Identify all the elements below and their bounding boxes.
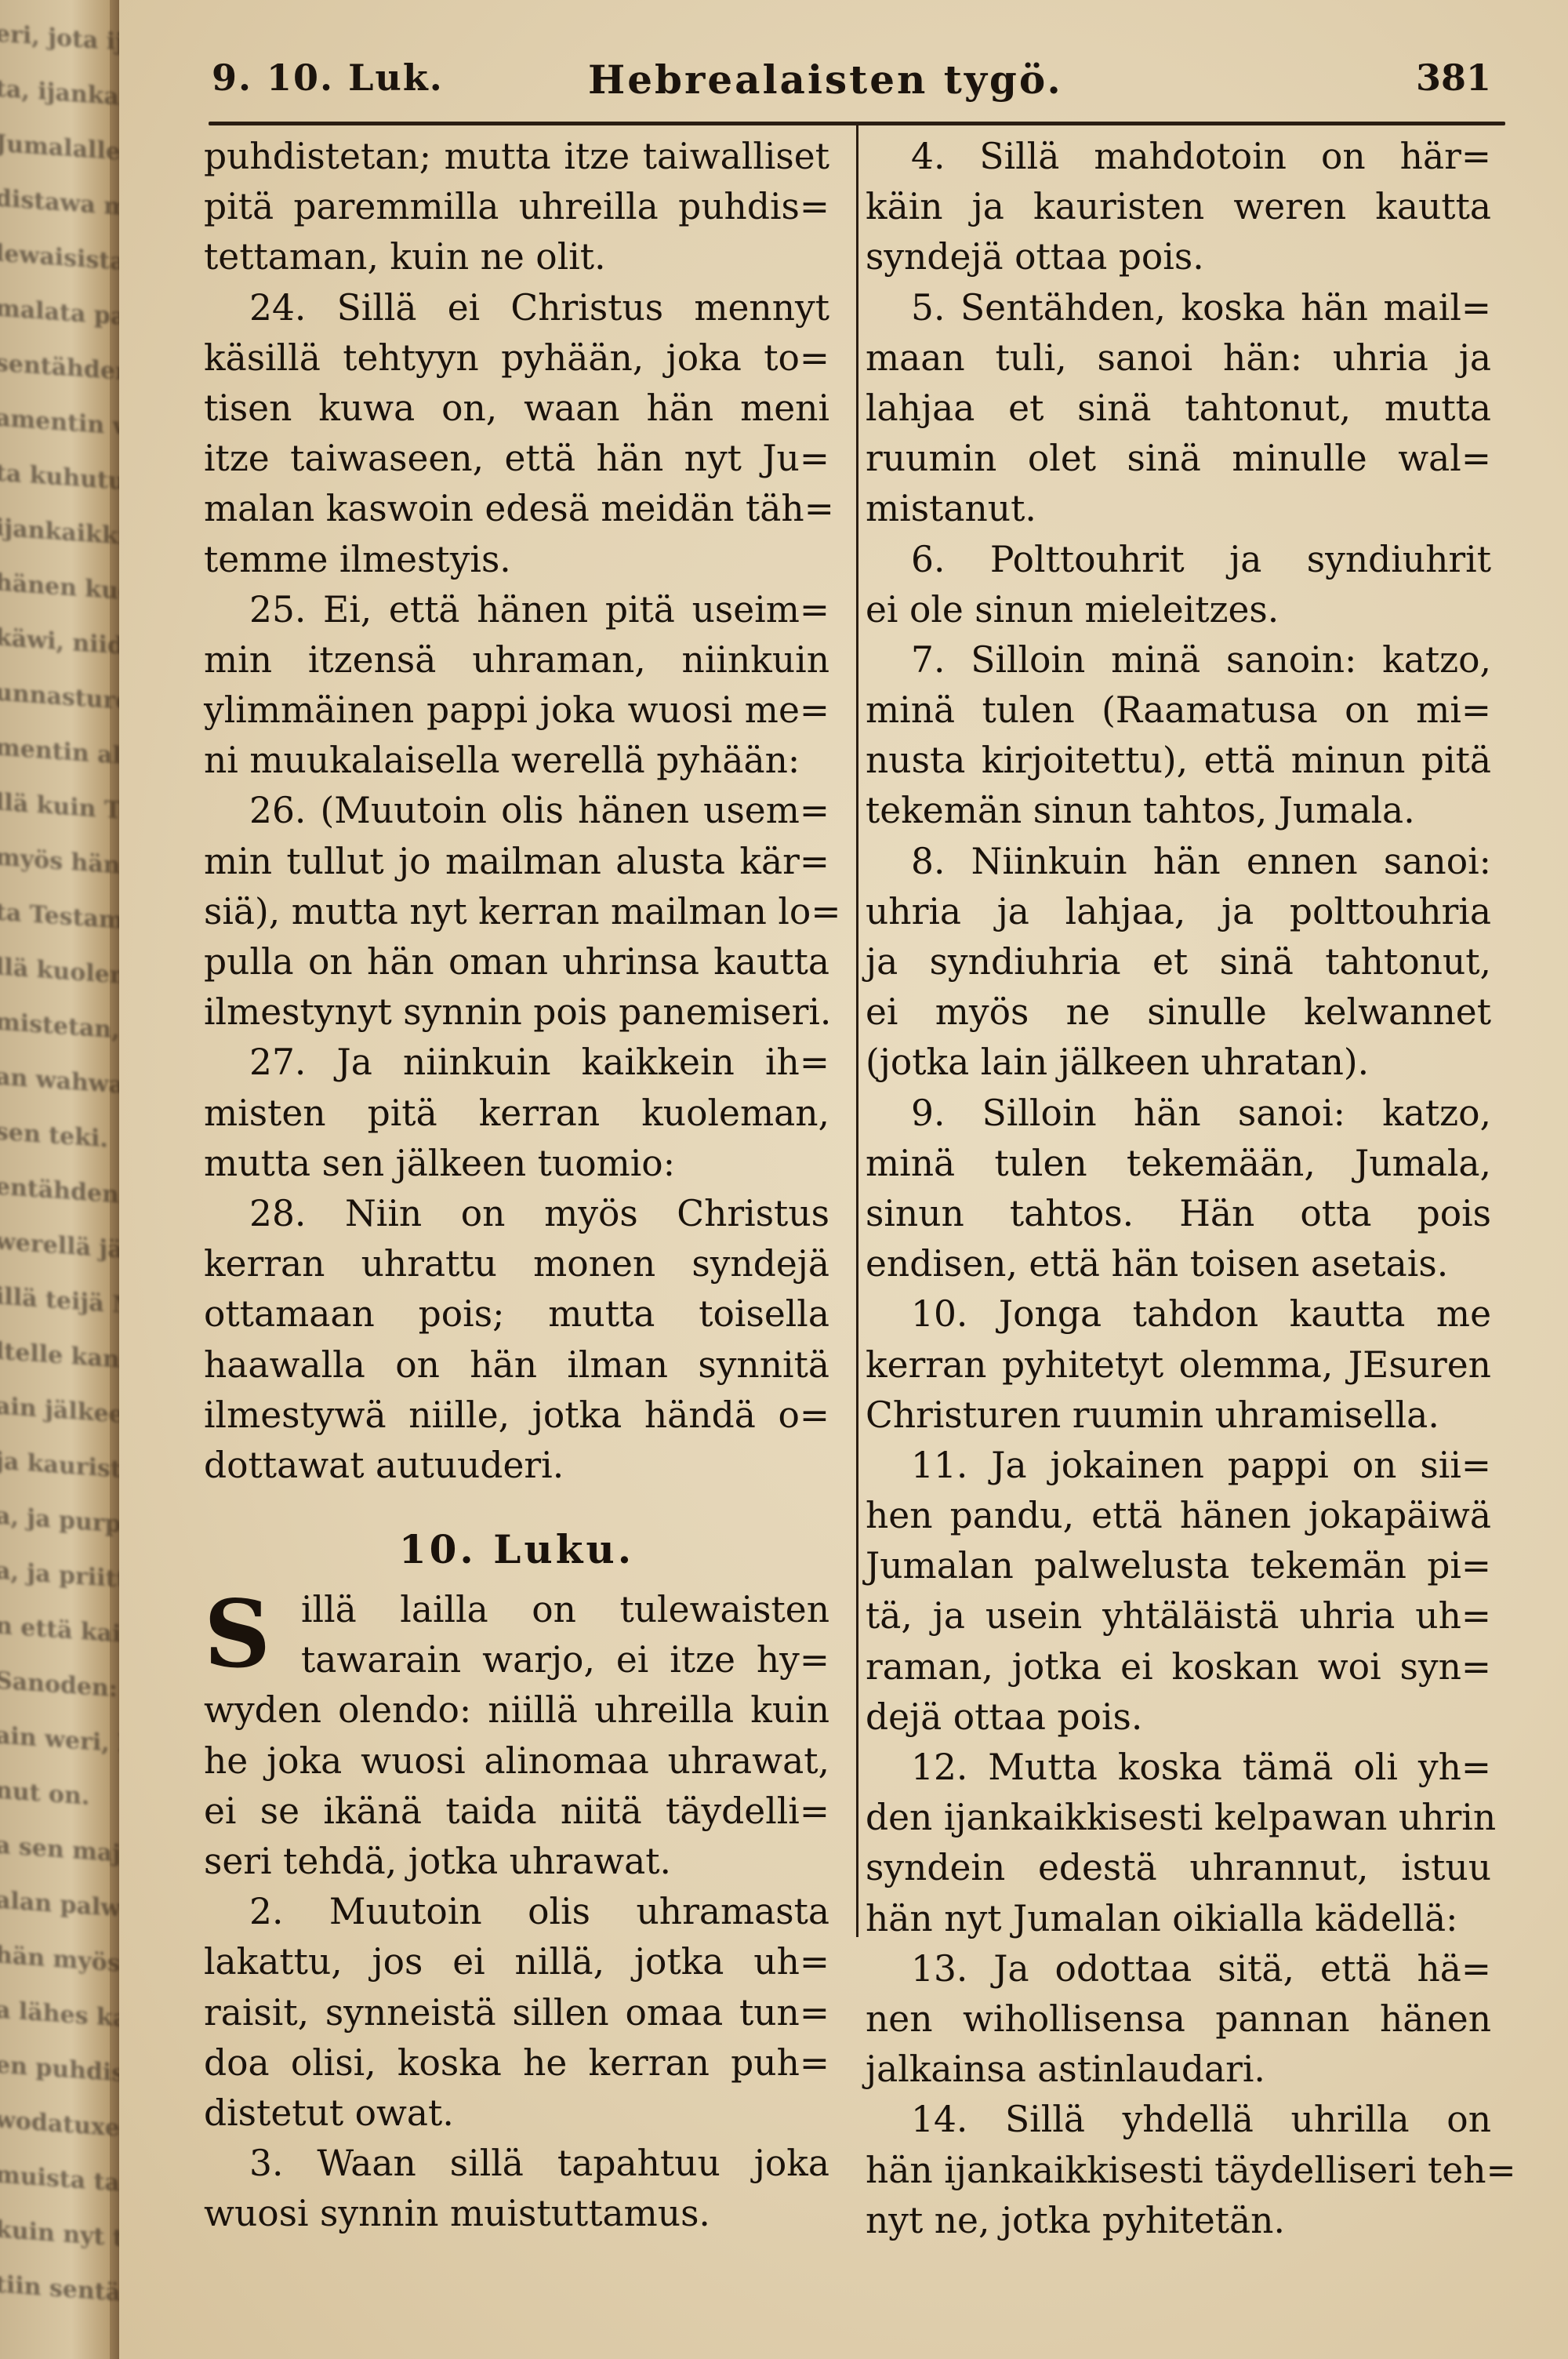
facing-page-fragment: ja kauristen we	[0, 1434, 119, 1497]
text-line: wyden olendo: niillä uhreilla kuin	[204, 1685, 829, 1736]
facing-page-fragment: a, ja purpura	[0, 1488, 119, 1552]
verse-start-line: 28. Niin on myös Christus	[204, 1189, 829, 1239]
text-line: Christuren ruumin uhramisella.	[866, 1390, 1491, 1441]
facing-page-fragment: mentin alla olit	[0, 720, 119, 783]
text-line: he joka wuosi alinomaa uhrawat,	[204, 1736, 829, 1787]
facing-page-fragment: a lähes kaikki w	[0, 1983, 119, 2046]
text-line: maan tuli, sanoi hän: uhria ja	[866, 333, 1491, 383]
verse-start-line: 25. Ei, että hänen pitä useim=	[204, 585, 829, 635]
text-line: kerran pyhitetyt olemma, JEsuren	[866, 1340, 1491, 1390]
text-line: raman, jotka ei koskan woi syn=	[866, 1642, 1491, 1692]
text-line: ruumin olet sinä minulle wal=	[866, 434, 1491, 484]
facing-page-fragment: tiin sentähden	[0, 2257, 119, 2321]
facing-page-fragment: an wahwa,	[0, 1049, 119, 1113]
text-line: syndejä ottaa pois.	[866, 232, 1491, 282]
facing-page-fragment: Jumalalle uhra	[0, 116, 119, 180]
facing-page-fragment: ltelle kansalle	[0, 1324, 119, 1387]
chapter-reference: 9. 10. Luk.	[212, 56, 444, 99]
verse-start-line: 4. Sillä mahdotoin on här=	[866, 132, 1491, 182]
facing-page-fragment: llä kuolemalla	[0, 940, 119, 1003]
facing-page-fragment: nut on.	[0, 1763, 119, 1826]
text-line: ja syndiuhria et sinä tahtonut,	[866, 937, 1491, 987]
facing-page-fragment: malata palwelemaan	[0, 281, 119, 344]
facing-page-fragment: amentin wälimie	[0, 391, 119, 454]
verse-start-line: 27. Ja niinkuin kaikkein ih=	[204, 1038, 829, 1088]
verse-start-line: 24. Sillä ei Christus mennyt	[204, 283, 829, 333]
text-line: ilmestywä niille, jotka händä o=	[204, 1390, 829, 1441]
facing-page-fragment: werellä jäöin	[0, 1214, 119, 1278]
facing-page-fragment: n että kaiken	[0, 1598, 119, 1662]
facing-page-fragment: alan palweluxen a	[0, 1873, 119, 1936]
facing-page-fragment: sen teki.	[0, 1104, 119, 1168]
book-title: Hebrealaisten tygö.	[588, 56, 1063, 103]
facing-page-fragment: sentähden on hän	[0, 336, 119, 399]
text-line: distetut owat.	[204, 2088, 829, 2139]
running-head: 9. 10. Luk. Hebrealaisten tygö. 381	[212, 56, 1505, 119]
chapter-opening: Sillä lailla on tulewaistentawarain warj…	[204, 1585, 829, 2239]
facing-page-fragment: Sanoden: tämä	[0, 1653, 119, 1717]
text-line: hän nyt Jumalan oikialla kädellä:	[866, 1894, 1491, 1944]
facing-page-fragment: llä kuin Testam	[0, 775, 119, 838]
facing-page-fragment: unnasturexi, toi	[0, 665, 119, 729]
text-line: misten pitä kerran kuoleman,	[204, 1089, 829, 1139]
facing-page-fragment: wodatuxesta ei tule	[0, 2092, 119, 2156]
text-line: dejä ottaa pois.	[866, 1692, 1491, 1743]
facing-page-fragment: hän myös werellä	[0, 1928, 119, 1991]
text-line: wuosi synnin muistuttamus.	[204, 2189, 829, 2239]
text-line: ylimmäinen pappi joka wuosi me=	[204, 685, 829, 736]
chapter-heading: 10. Luku.	[204, 1491, 829, 1585]
text-line: seri tehdä, jotka uhrawat.	[204, 1837, 829, 1887]
text-line: ottamaan pois; mutta toisella	[204, 1289, 829, 1339]
text-line: nyt ne, jotka pyhitetän.	[866, 2196, 1491, 2246]
text-line: mutta sen jälkeen tuomio:	[204, 1139, 829, 1189]
text-line: sinun tahtos. Hän otta pois	[866, 1189, 1491, 1239]
facing-page-fragment: hänen kuoleman	[0, 555, 119, 619]
facing-page-fragment: illä teijä Mose	[0, 1269, 119, 1332]
text-line: min itzensä uhraman, niinkuin	[204, 635, 829, 685]
text-line: den ijankaikkisesti kelpawan uhrin	[866, 1793, 1491, 1843]
text-line: syndein edestä uhrannut, istuu	[866, 1843, 1491, 1893]
text-line: nen wihollisensa pannan hänen	[866, 1994, 1491, 2045]
text-line: hän ijankaikkisesti täydelliseri teh=	[866, 2146, 1491, 2196]
text-line: minä tulen tekemään, Jumala,	[866, 1139, 1491, 1189]
verse-start-line: 7. Silloin minä sanoin: katzo,	[866, 635, 1491, 685]
facing-page-fragment: mistetan, jol	[0, 994, 119, 1058]
facing-page-fragment: ta, ijankaikkisen	[0, 61, 119, 125]
text-line: ei myös ne sinulle kelwannet	[866, 987, 1491, 1038]
text-line: käsillä tehtyyn pyhään, joka to=	[204, 333, 829, 383]
verse-start-line: 13. Ja odottaa sitä, että hä=	[866, 1944, 1491, 1994]
facing-page-fragment: ta kuhutut eudi	[0, 445, 119, 509]
text-line: raisit, synneistä sillen omaa tun=	[204, 1988, 829, 2038]
text-line: temme ilmestyis.	[204, 535, 829, 585]
verse-start-line: 14. Sillä yhdellä uhrilla on	[866, 2095, 1491, 2145]
text-line: ni muukalaisella werellä pyhään:	[204, 736, 829, 786]
verse-start-line: 26. (Muutoin olis hänen usem=	[204, 786, 829, 836]
text-line: doa olisi, koska he kerran puh=	[204, 2038, 829, 2088]
verse-start-line: 2. Muutoin olis uhramasta	[204, 1887, 829, 1937]
text-line: tawarain warjo, ei itze hy=	[204, 1635, 829, 1685]
text-line: itze taiwaseen, että hän nyt Ju=	[204, 434, 829, 484]
text-line: lahjaa et sinä tahtonut, mutta	[866, 383, 1491, 434]
facing-page-fragment: eri, jota ijenjä	[0, 6, 119, 70]
text-line: hen pandu, että hänen jokapäiwä	[866, 1491, 1491, 1541]
verse-start-line: 8. Niinkuin hän ennen sanoi:	[866, 837, 1491, 887]
facing-page-fragment: ain weri, kuin J	[0, 1708, 119, 1772]
text-line: Jumalan palwelusta tekemän pi=	[866, 1541, 1491, 1591]
text-line: tisen kuwa on, waan hän meni	[204, 383, 829, 434]
text-line: ilmestynyt synnin pois panemiseri.	[204, 987, 829, 1038]
text-line: minä tulen (Raamatusa on mi=	[866, 685, 1491, 736]
text-line: haawalla on hän ilman synnitä	[204, 1340, 829, 1390]
text-line: endisen, että hän toisen asetais.	[866, 1239, 1491, 1289]
right-column: 4. Sillä mahdotoin on här=käin ja kauris…	[866, 132, 1491, 2246]
facing-page-fragment: kuin nyt tarwitan,	[0, 2202, 119, 2266]
left-column: puhdistetan; mutta itze taiwallisetpitä …	[204, 132, 829, 2240]
verse-start-line: 3. Waan sillä tapahtuu joka	[204, 2139, 829, 2189]
text-line: tä, ja usein yhtäläistä uhria uh=	[866, 1591, 1491, 1641]
facing-page-fragment: distawa meidän om	[0, 171, 119, 234]
facing-page-fragment: en puhdistetan, ja	[0, 2037, 119, 2101]
page-number: 381	[1416, 56, 1491, 99]
text-line: tekemän sinun tahtos, Jumala.	[866, 786, 1491, 836]
text-line: pitä paremmilla uhreilla puhdis=	[204, 182, 829, 232]
verse-start-line: 6. Polttouhrit ja syndiuhrit	[866, 535, 1491, 585]
text-line: pulla on hän oman uhrinsa kautta	[204, 937, 829, 987]
facing-page-fragment: lewaisista töistä,	[0, 226, 119, 289]
facing-page-fragment: myös hänen kuo	[0, 830, 119, 893]
facing-page-fragment: ijankaikkisen perin	[0, 500, 119, 564]
text-line: lakattu, jos ei nillä, jotka uh=	[204, 1937, 829, 1987]
text-line: min tullut jo mailman alusta kär=	[204, 837, 829, 887]
facing-page-fragment: ain jälkeen,	[0, 1379, 119, 1442]
text-line: käin ja kauristen weren kautta	[866, 182, 1491, 232]
facing-page-edge: eri, jota ijenjäta, ijankaikkisenJumalal…	[0, 0, 119, 2359]
facing-page-fragment: ta Testamentin	[0, 885, 119, 948]
verse-start-line: 11. Ja jokainen pappi on sii=	[866, 1441, 1491, 1491]
facing-page-fragment: muista tapoihin.	[0, 2147, 119, 2211]
text-line: malan kaswoin edesä meidän täh=	[204, 484, 829, 534]
verse-start-line: 12. Mutta koska tämä oli yh=	[866, 1743, 1491, 1793]
facing-page-fragment: entähden ei jo	[0, 1159, 119, 1223]
facing-page-fragment: käwi, niiden	[0, 610, 119, 674]
facing-page-fragment: a sen majan, ja	[0, 1818, 119, 1881]
text-line: puhdistetan; mutta itze taiwalliset	[204, 132, 829, 182]
text-line: nusta kirjoitettu), että minun pitä	[866, 736, 1491, 786]
text-line: ei ole sinun mieleitzes.	[866, 585, 1491, 635]
text-line: tettaman, kuin ne olit.	[204, 232, 829, 282]
text-line: mistanut.	[866, 484, 1491, 534]
text-line: illä lailla on tulewaisten	[204, 1585, 829, 1635]
text-line: jalkainsa astinlaudari.	[866, 2045, 1491, 2095]
verse-start-line: 5. Sentähden, koska hän mail=	[866, 283, 1491, 333]
verse-start-line: 9. Silloin hän sanoi: katzo,	[866, 1089, 1491, 1139]
text-line: uhria ja lahjaa, ja polttouhria	[866, 887, 1491, 937]
text-line: (jotka lain jälkeen uhratan).	[866, 1038, 1491, 1088]
drop-cap: S	[204, 1588, 270, 1681]
text-line: kerran uhrattu monen syndejä	[204, 1239, 829, 1289]
text-line: ei se ikänä taida niitä täydelli=	[204, 1787, 829, 1837]
text-line: siä), mutta nyt kerran mailman lo=	[204, 887, 829, 937]
text-line: dottawat autuuderi.	[204, 1441, 829, 1491]
column-divider	[856, 125, 858, 1937]
verse-start-line: 10. Jonga tahdon kautta me	[866, 1289, 1491, 1339]
facing-page-fragment: a, ja priitti	[0, 1543, 119, 1607]
